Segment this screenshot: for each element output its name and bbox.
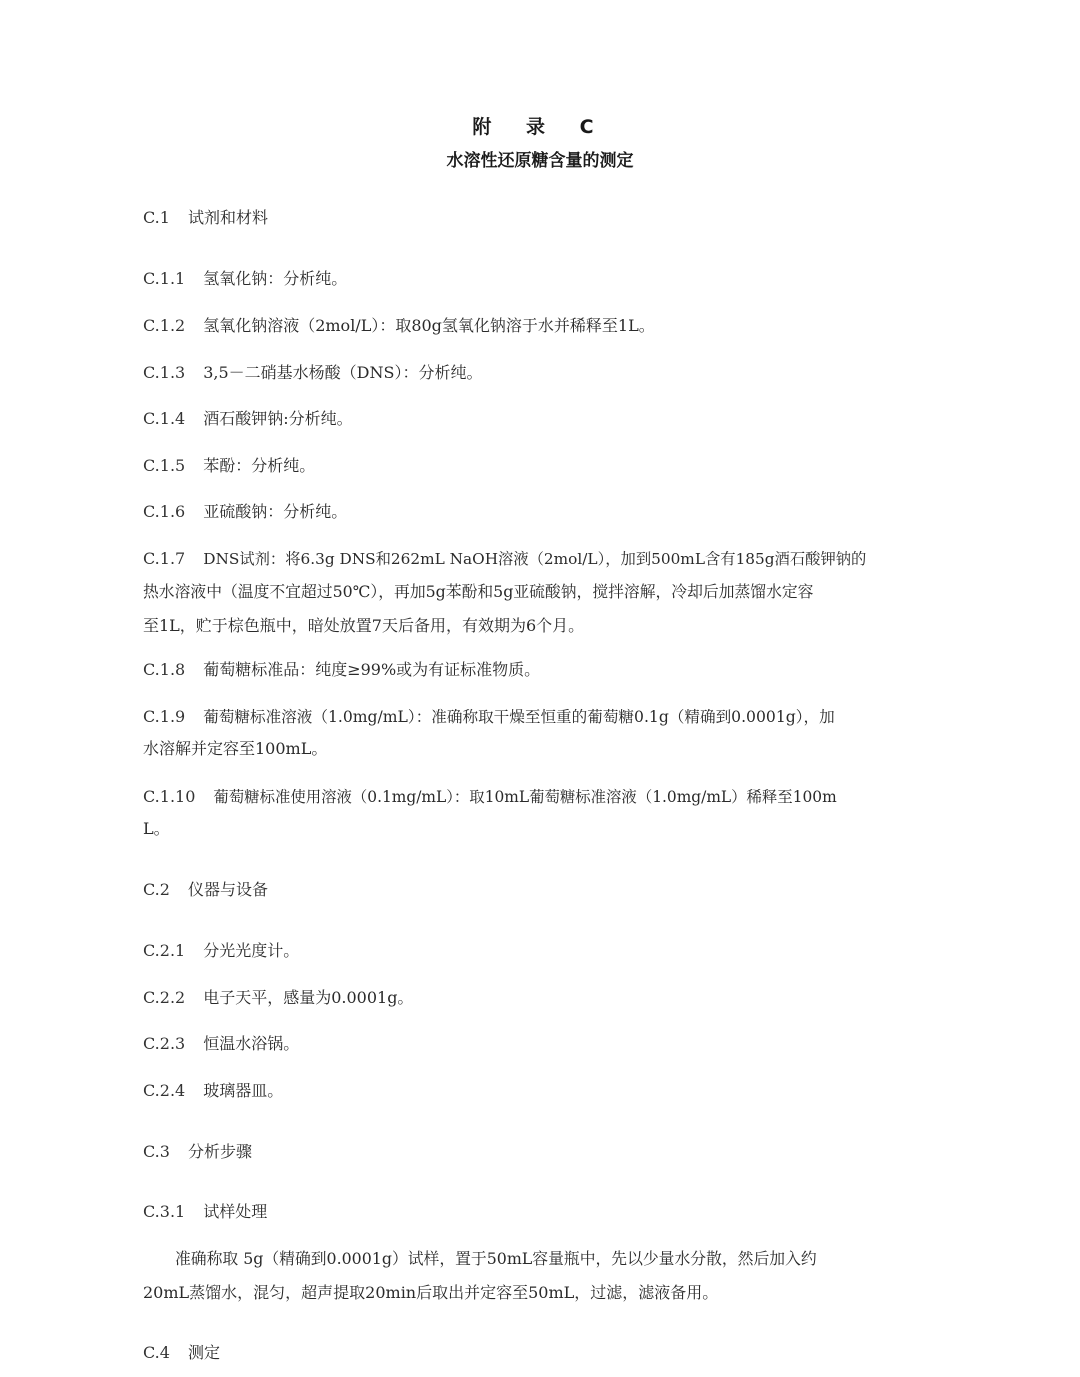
clause-c1-6: C.1.6亚硫酸钠：分析纯。 [143, 500, 347, 524]
section-text: 测定 [188, 1343, 220, 1362]
section-heading-c1: C.1试剂和材料 [143, 206, 268, 230]
clause-c2-4: C.2.4玻璃器皿。 [143, 1079, 283, 1103]
section-heading-c3: C.3分析步骤 [143, 1140, 252, 1164]
clause-text: 葡萄糖标准溶液（1.0mg/mL）：准确称取干燥至恒重的葡萄糖0.1g（精确到0… [203, 708, 835, 726]
clause-number: C.1.8 [143, 658, 185, 682]
clause-number: C.1.10 [143, 785, 195, 809]
document-page: 附 录 C 水溶性还原糖含量的测定 C.1试剂和材料 C.1.1氢氧化钠：分析纯… [0, 0, 1080, 1377]
clause-number: C.2.3 [143, 1032, 185, 1056]
section-text: 分析步骤 [188, 1142, 252, 1161]
clause-c1-7-line3: 至1L，贮于棕色瓶中，暗处放置7天后备用，有效期为6个月。 [143, 614, 584, 638]
clause-number: C.1.4 [143, 407, 185, 431]
appendix-subtitle: 水溶性还原糖含量的测定 [0, 146, 1080, 171]
clause-c1-5: C.1.5苯酚：分析纯。 [143, 454, 315, 478]
clause-c1-8: C.1.8葡萄糖标准品：纯度≥99%或为有证标准物质。 [143, 658, 540, 682]
section-heading-c2: C.2仪器与设备 [143, 878, 268, 902]
section-number: C.2 [143, 878, 170, 902]
clause-number: C.1.3 [143, 361, 185, 385]
clause-c1-2: C.1.2氢氧化钠溶液（2mol/L）：取80g氢氧化钠溶于水并稀释至1L。 [143, 314, 655, 338]
section-number: C.3 [143, 1140, 170, 1164]
section-text: 仪器与设备 [188, 880, 268, 899]
clause-c2-1: C.2.1分光光度计。 [143, 939, 299, 963]
clause-text: 亚硫酸钠：分析纯。 [203, 502, 347, 521]
clause-text: 酒石酸钾钠:分析纯。 [203, 409, 352, 428]
paragraph-sample-processing-line2: 20mL蒸馏水，混匀，超声提取20min后取出并定容至50mL，过滤，滤液备用。 [143, 1281, 718, 1305]
clause-c2-3: C.2.3恒温水浴锅。 [143, 1032, 299, 1056]
clause-number: C.1.2 [143, 314, 185, 338]
clause-text: DNS试剂：将6.3g DNS和262mL NaOH溶液（2mol/L），加到5… [203, 550, 866, 568]
clause-c3-1: C.3.1试样处理 [143, 1200, 267, 1224]
clause-c1-7: C.1.7DNS试剂：将6.3g DNS和262mL NaOH溶液（2mol/L… [143, 547, 866, 571]
clause-number: C.2.1 [143, 939, 185, 963]
section-text: 试剂和材料 [188, 208, 268, 227]
clause-c1-9-line2: 水溶解并定容至100mL。 [143, 737, 327, 761]
clause-c1-4: C.1.4酒石酸钾钠:分析纯。 [143, 407, 353, 431]
section-number: C.4 [143, 1341, 170, 1365]
clause-c1-10-line2: L。 [143, 817, 170, 841]
clause-text: 氢氧化钠溶液（2mol/L）：取80g氢氧化钠溶于水并稀释至1L。 [203, 316, 655, 335]
clause-number: C.1.5 [143, 454, 185, 478]
clause-text: 玻璃器皿。 [203, 1081, 283, 1100]
clause-c1-1: C.1.1氢氧化钠：分析纯。 [143, 267, 347, 291]
clause-text: 葡萄糖标准品：纯度≥99%或为有证标准物质。 [203, 660, 540, 679]
clause-text: 试样处理 [203, 1202, 267, 1221]
clause-number: C.3.1 [143, 1200, 185, 1224]
clause-number: C.1.9 [143, 705, 185, 729]
clause-c1-9: C.1.9葡萄糖标准溶液（1.0mg/mL）：准确称取干燥至恒重的葡萄糖0.1g… [143, 705, 835, 729]
clause-number: C.1.7 [143, 547, 185, 571]
clause-number: C.1.6 [143, 500, 185, 524]
clause-number: C.2.4 [143, 1079, 185, 1103]
clause-number: C.2.2 [143, 986, 185, 1010]
clause-c1-10: C.1.10葡萄糖标准使用溶液（0.1mg/mL）：取10mL葡萄糖标准溶液（1… [143, 785, 837, 809]
clause-c1-7-line2: 热水溶液中（温度不宜超过50℃），再加5g苯酚和5g亚硫酸钠，搅拌溶解，冷却后加… [143, 580, 813, 604]
clause-text: 葡萄糖标准使用溶液（0.1mg/mL）：取10mL葡萄糖标准溶液（1.0mg/m… [213, 788, 836, 806]
clause-text: 3,5－二硝基水杨酸（DNS）：分析纯。 [203, 363, 482, 382]
appendix-title: 附 录 C [0, 112, 1080, 139]
clause-text: 氢氧化钠：分析纯。 [203, 269, 347, 288]
clause-text: 恒温水浴锅。 [203, 1034, 299, 1053]
section-heading-c4: C.4测定 [143, 1341, 220, 1365]
clause-c1-3: C.1.33,5－二硝基水杨酸（DNS）：分析纯。 [143, 361, 482, 385]
clause-c2-2: C.2.2电子天平，感量为0.0001g。 [143, 986, 413, 1010]
clause-number: C.1.1 [143, 267, 185, 291]
clause-text: 电子天平，感量为0.0001g。 [203, 988, 413, 1007]
clause-text: 苯酚：分析纯。 [203, 456, 315, 475]
clause-text: 分光光度计。 [203, 941, 299, 960]
paragraph-sample-processing-line1: 准确称取 5g（精确到0.0001g）试样，置于50mL容量瓶中，先以少量水分散… [175, 1247, 817, 1271]
section-number: C.1 [143, 206, 170, 230]
